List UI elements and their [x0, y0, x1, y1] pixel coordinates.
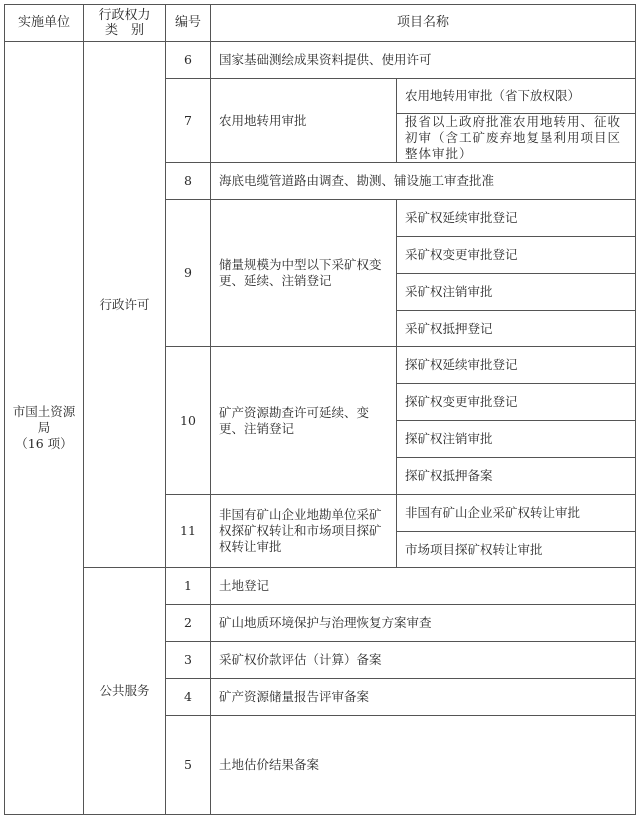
row-item-name: 农用地转用审批 [210, 78, 397, 163]
header-unit-label: 实施单位 [18, 15, 70, 31]
header-category-line1: 行政权力 [98, 8, 150, 23]
sub-item: 采矿权延续审批登记 [396, 199, 636, 237]
row-number-value: 4 [184, 689, 192, 705]
row-number-value: 6 [184, 52, 192, 68]
sub-item-text: 探矿权注销审批 [405, 431, 493, 447]
row-number: 4 [165, 678, 211, 716]
category-label: 行政许可 [99, 297, 149, 313]
sub-item-text: 农用地转用审批（省下放权限） [405, 88, 580, 104]
header-number: 编号 [165, 4, 211, 42]
row-item-name-text: 采矿权价款评估（计算）备案 [219, 652, 382, 668]
category-admin-license: 行政许可 [83, 41, 166, 568]
row-number-value: 5 [184, 757, 192, 773]
row-number: 7 [165, 78, 211, 163]
row-number-value: 3 [184, 652, 192, 668]
row-item-name: 土地登记 [210, 567, 636, 605]
row-item-name-text: 矿产资源勘查许可延续、变更、注销登记 [219, 405, 390, 437]
row-item-name: 矿产资源储量报告评审备案 [210, 678, 636, 716]
category-public-service: 公共服务 [83, 567, 166, 815]
row-number: 2 [165, 604, 211, 642]
row-number: 9 [165, 199, 211, 347]
row-item-name-text: 土地估价结果备案 [219, 757, 319, 773]
sub-item: 采矿权注销审批 [396, 273, 636, 311]
sub-item: 探矿权延续审批登记 [396, 346, 636, 384]
header-item-name: 项目名称 [210, 4, 636, 42]
row-number: 1 [165, 567, 211, 605]
row-item-name-text: 矿山地质环境保护与治理恢复方案审查 [219, 615, 432, 631]
row-number: 3 [165, 641, 211, 679]
sub-item-text: 报省以上政府批准农用地转用、征收初审（含工矿废弃地复垦利用项目区整体审批） [405, 114, 629, 162]
sub-item: 采矿权抵押登记 [396, 310, 636, 347]
authority-list-table: 实施单位 行政权力 类 别 编号 项目名称 市国土资源 局 （16 项） 行政许… [4, 4, 636, 815]
sub-item-text: 采矿权延续审批登记 [405, 210, 518, 226]
sub-item-text: 探矿权变更审批登记 [405, 394, 518, 410]
header-category: 行政权力 类 别 [83, 4, 166, 42]
sub-item: 探矿权注销审批 [396, 420, 636, 458]
header-category-line2: 类 别 [105, 23, 144, 38]
row-item-name-text: 土地登记 [219, 578, 269, 594]
row-item-name-text: 储量规模为中型以下采矿权变更、延续、注销登记 [219, 257, 390, 289]
sub-item: 报省以上政府批准农用地转用、征收初审（含工矿废弃地复垦利用项目区整体审批） [396, 113, 636, 163]
header-unit: 实施单位 [4, 4, 84, 42]
unit-cell: 市国土资源 局 （16 项） [4, 41, 84, 815]
category-label: 公共服务 [99, 683, 149, 699]
row-number: 5 [165, 715, 211, 815]
row-number: 10 [165, 346, 211, 495]
unit-count: （16 项） [15, 436, 72, 452]
sub-item-text: 市场项目探矿权转让审批 [405, 542, 543, 558]
sub-item: 探矿权抵押备案 [396, 457, 636, 495]
row-item-name: 土地估价结果备案 [210, 715, 636, 815]
row-number-value: 7 [184, 113, 192, 129]
sub-item-text: 非国有矿山企业采矿权转让审批 [405, 505, 580, 521]
row-number-value: 9 [184, 265, 192, 281]
row-item-name: 国家基础测绘成果资料提供、使用许可 [210, 41, 636, 79]
unit-name-line1: 市国土资源 [13, 404, 76, 420]
row-number-value: 8 [184, 173, 192, 189]
sub-item-text: 采矿权变更审批登记 [405, 247, 518, 263]
row-item-name-text: 国家基础测绘成果资料提供、使用许可 [219, 52, 432, 68]
row-item-name: 矿山地质环境保护与治理恢复方案审查 [210, 604, 636, 642]
row-item-name-text: 农用地转用审批 [219, 113, 307, 129]
sub-item-text: 探矿权抵押备案 [405, 468, 493, 484]
row-item-name-text: 矿产资源储量报告评审备案 [219, 689, 369, 705]
sub-item: 农用地转用审批（省下放权限） [396, 78, 636, 114]
row-number-value: 2 [184, 615, 192, 631]
sub-item: 非国有矿山企业采矿权转让审批 [396, 494, 636, 532]
sub-item: 采矿权变更审批登记 [396, 236, 636, 274]
header-item-name-label: 项目名称 [397, 15, 449, 31]
row-number: 11 [165, 494, 211, 568]
row-item-name-text: 海底电缆管道路由调查、勘测、铺设施工审查批准 [219, 173, 494, 189]
sub-item-text: 探矿权延续审批登记 [405, 357, 518, 373]
row-number: 8 [165, 162, 211, 200]
sub-item: 探矿权变更审批登记 [396, 383, 636, 421]
row-item-name: 矿产资源勘查许可延续、变更、注销登记 [210, 346, 397, 495]
unit-name-line2: 局 [38, 420, 51, 436]
row-number: 6 [165, 41, 211, 79]
row-number-value: 10 [180, 413, 196, 429]
sub-item-text: 采矿权注销审批 [405, 284, 493, 300]
row-number-value: 11 [180, 523, 196, 539]
row-item-name: 非国有矿山企业地勘单位采矿权探矿权转让和市场项目探矿权转让审批 [210, 494, 397, 568]
row-item-name: 海底电缆管道路由调查、勘测、铺设施工审查批准 [210, 162, 636, 200]
row-item-name: 储量规模为中型以下采矿权变更、延续、注销登记 [210, 199, 397, 347]
row-item-name: 采矿权价款评估（计算）备案 [210, 641, 636, 679]
sub-item: 市场项目探矿权转让审批 [396, 531, 636, 568]
sub-item-text: 采矿权抵押登记 [405, 321, 493, 337]
row-item-name-text: 非国有矿山企业地勘单位采矿权探矿权转让和市场项目探矿权转让审批 [219, 507, 390, 555]
header-number-label: 编号 [175, 15, 201, 31]
row-number-value: 1 [184, 578, 192, 594]
